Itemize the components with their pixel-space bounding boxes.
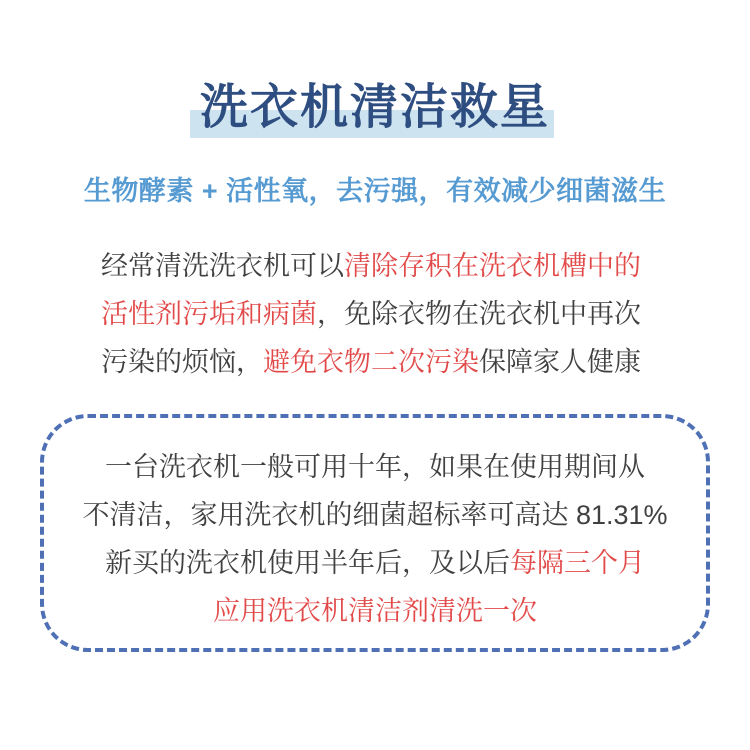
- text-segment: 保障家人健康: [479, 347, 641, 377]
- text-segment-highlight: 避免衣物二次污染: [263, 347, 479, 377]
- intro-paragraph: 经常清洗洗衣机可以清除存积在洗衣机槽中的 活性剂污垢和病菌，免除衣物在洗衣机中再…: [101, 242, 649, 386]
- text-segment-highlight: 清除存积在洗衣机槽中的: [344, 251, 641, 281]
- text-segment-highlight: 活性剂污垢和病菌: [101, 299, 317, 329]
- usage-tip-box: 一台洗衣机一般可用十年，如果在使用期间从 不清洁，家用洗衣机的细菌超标率可高达 …: [40, 414, 710, 652]
- text-segment-highlight: 应用洗衣机清洁剂清洗一次: [213, 596, 537, 626]
- page-subtitle: 生物酵素 + 活性氧，去污强，有效减少细菌滋生: [0, 176, 750, 206]
- text-segment: 不清洁，家用洗衣机的细菌超标率可高达 81.31%: [82, 500, 667, 530]
- page-title-wrap: 洗衣机清洁救星: [0, 0, 750, 136]
- paragraph-line-2: 活性剂污垢和病菌，免除衣物在洗衣机中再次: [101, 290, 649, 338]
- text-segment: 新买的洗衣机使用半年后，及以后: [105, 548, 510, 578]
- tip-line-2: 不清洁，家用洗衣机的细菌超标率可高达 81.31%: [44, 491, 706, 539]
- text-segment: 污染的烦恼，: [101, 347, 263, 377]
- tip-line-3: 新买的洗衣机使用半年后，及以后每隔三个月: [44, 539, 706, 587]
- tip-line-4: 应用洗衣机清洁剂清洗一次: [44, 587, 706, 635]
- text-segment: ，免除衣物在洗衣机中再次: [317, 299, 641, 329]
- product-detail-page: 洗衣机清洁救星 生物酵素 + 活性氧，去污强，有效减少细菌滋生 经常清洗洗衣机可…: [0, 0, 750, 750]
- text-segment: 一台洗衣机一般可用十年，如果在使用期间从: [105, 452, 645, 482]
- text-segment-highlight: 每隔三个月: [510, 548, 645, 578]
- text-segment: 经常清洗洗衣机可以: [101, 251, 344, 281]
- tip-line-1: 一台洗衣机一般可用十年，如果在使用期间从: [44, 443, 706, 491]
- paragraph-line-3: 污染的烦恼，避免衣物二次污染保障家人健康: [101, 338, 649, 386]
- page-title: 洗衣机清洁救星: [200, 80, 550, 136]
- paragraph-line-1: 经常清洗洗衣机可以清除存积在洗衣机槽中的: [101, 242, 649, 290]
